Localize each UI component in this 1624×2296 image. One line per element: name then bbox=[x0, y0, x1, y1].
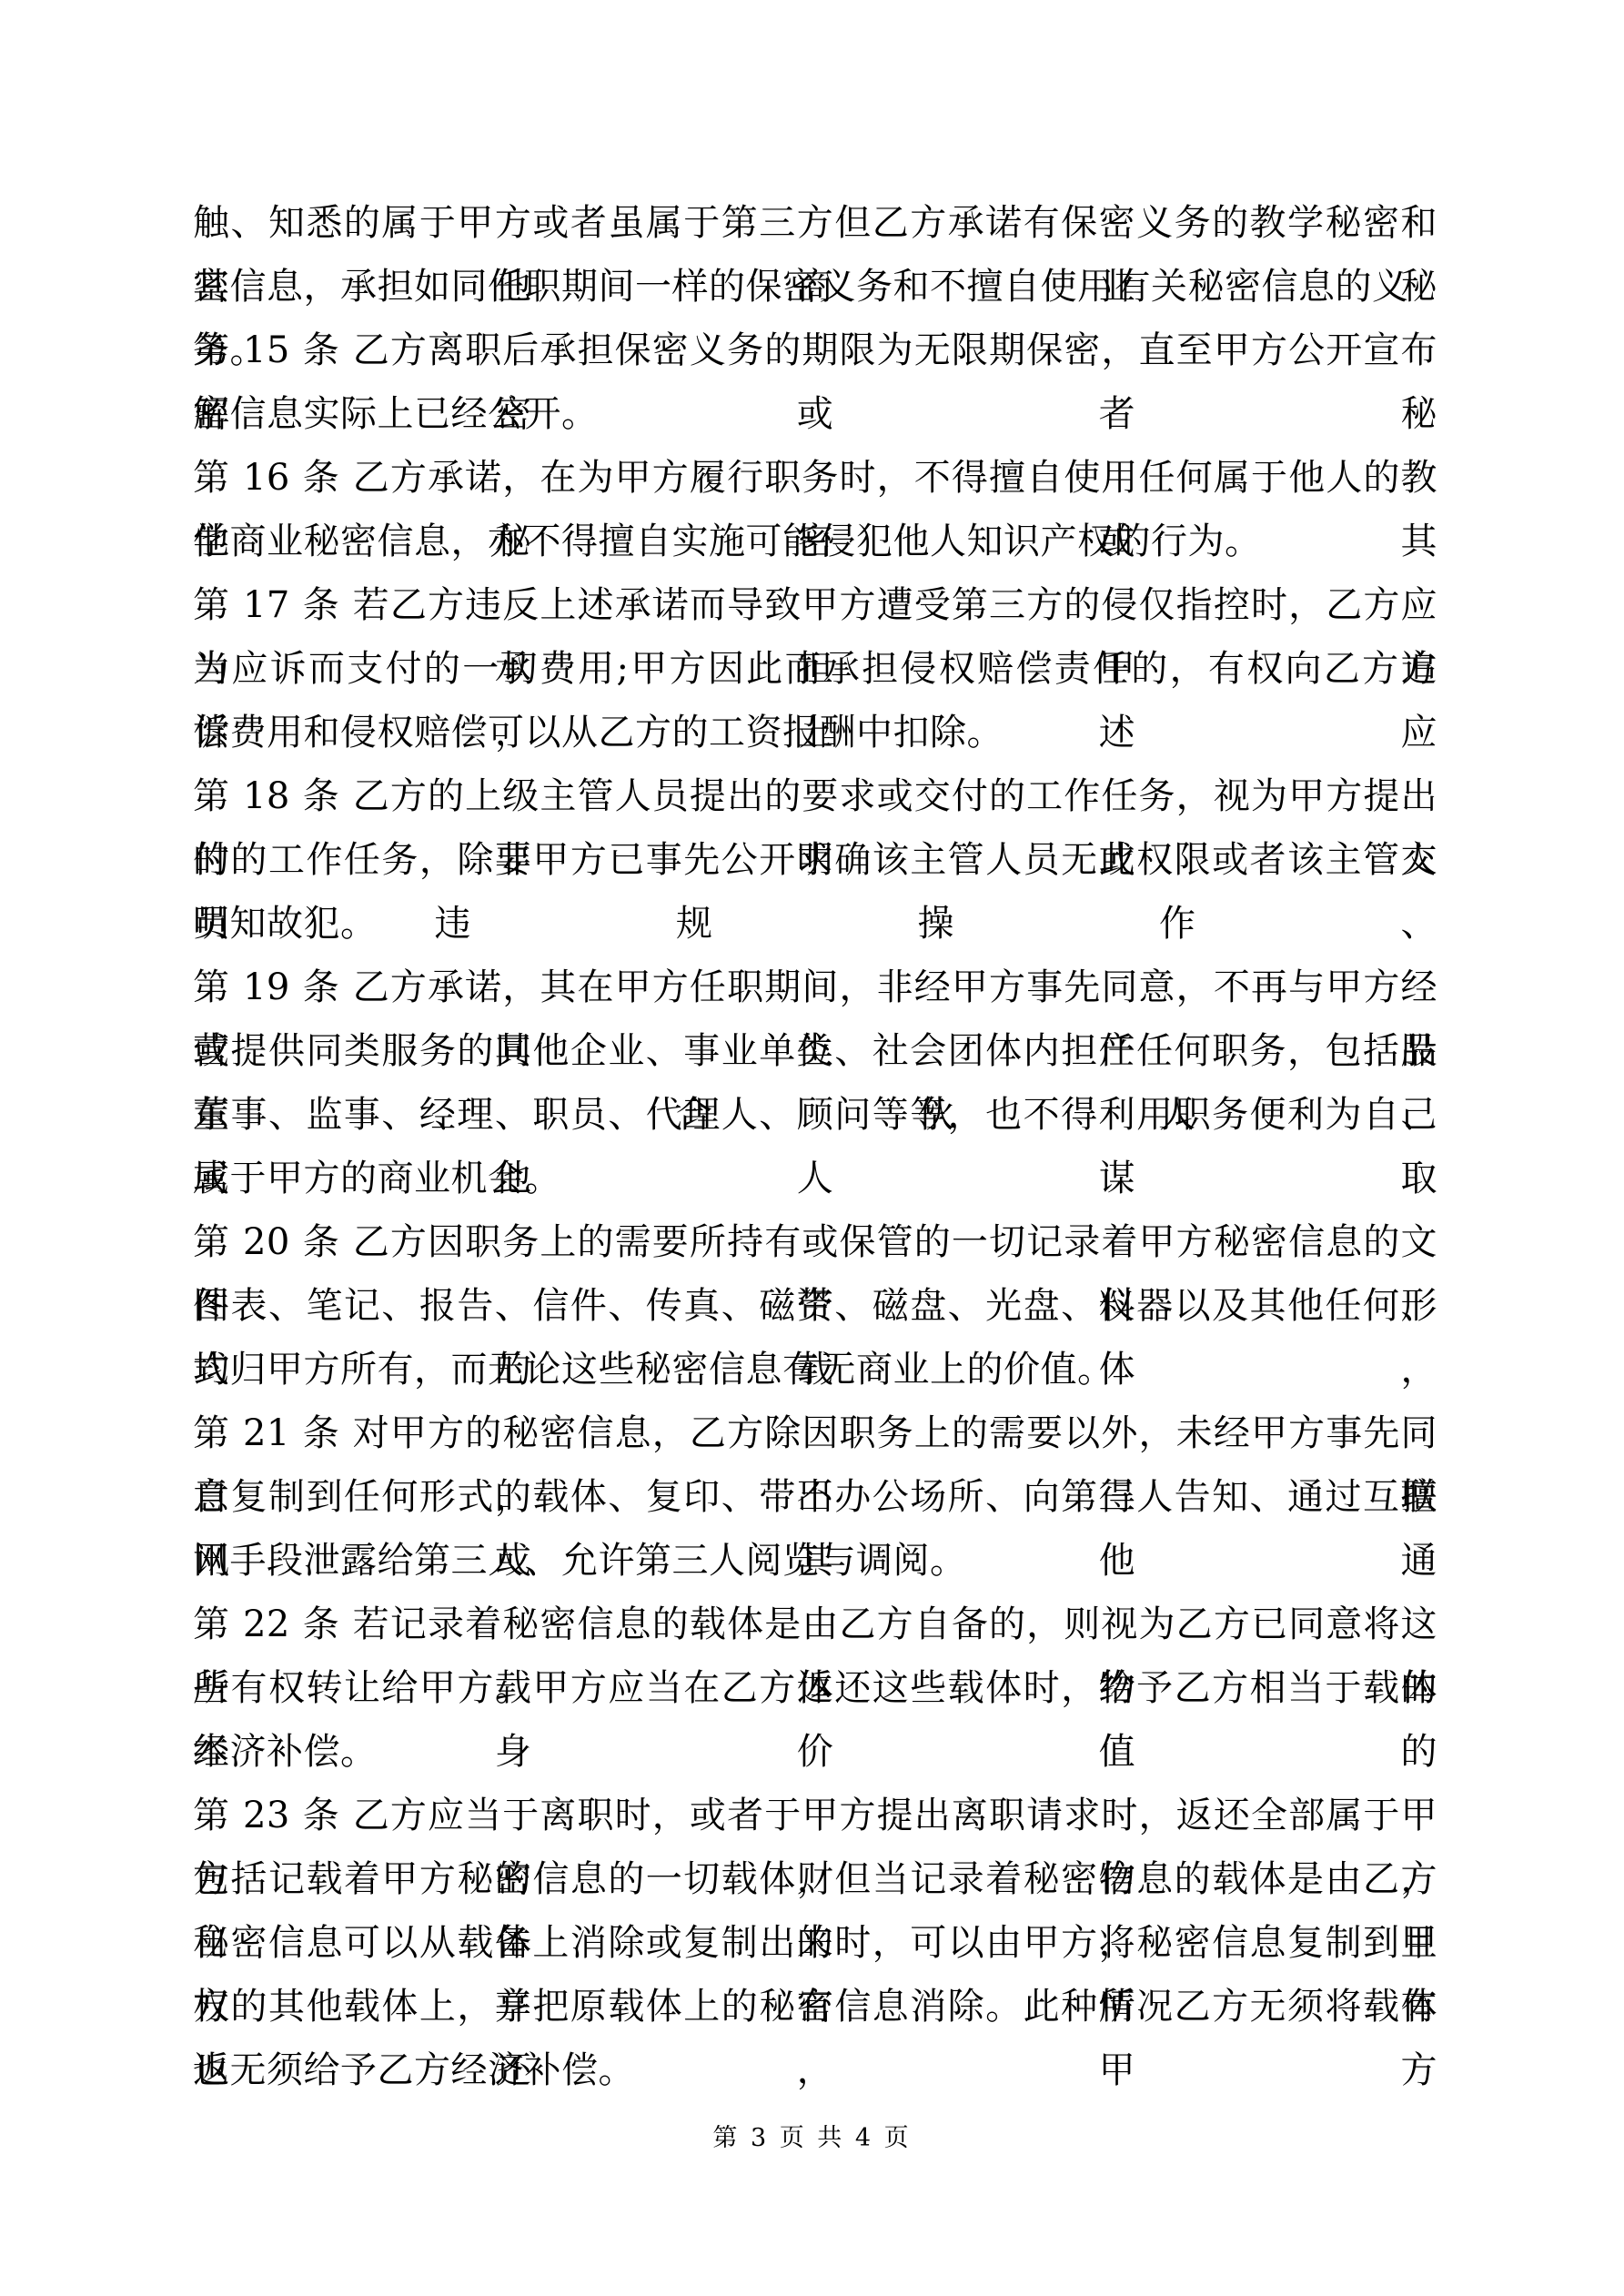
text-line: 或提供同类服务的其他企业、事业单位、社会团体内担任任何职务，包括股东、合伙人、 bbox=[193, 1019, 1437, 1083]
text-line: 第 20 条 乙方因职务上的需要所持有或保管的一切记录着甲方秘密信息的文件、资料… bbox=[193, 1210, 1437, 1274]
text-line: 第 16 条 乙方承诺，在为甲方履行职务时，不得擅自使用任何属于他人的教学秘密或… bbox=[193, 446, 1437, 510]
text-line: 第 17 条 若乙方违反上述承诺而导致甲方遭受第三方的侵仅指控时，乙方应当承担甲… bbox=[193, 573, 1437, 637]
text-line: 第 23 条 乙方应当于离职时，或者于甲方提出离职请求时，返还全部属于甲方的财物… bbox=[193, 1784, 1437, 1847]
document-body: 触、知悉的属于甲方或者虽属于第三方但乙方承诺有保密义务的教学秘密和其他商业秘 密… bbox=[193, 191, 1437, 2102]
text-line: 所有权转让给甲方。甲方应当在乙方返还这些载体时，给予乙方相当于载体本身价值的 bbox=[193, 1656, 1437, 1720]
text-line: 付的工作任务，除非甲方已事先公开明确该主管人员无此权限或者该主管人员违规操作、 bbox=[193, 828, 1437, 892]
text-line: 触、知悉的属于甲方或者虽属于第三方但乙方承诺有保密义务的教学秘密和其他商业秘 bbox=[193, 191, 1437, 255]
text-line: 他商业秘密信息，亦不得擅自实施可能侵犯他人知识产权的行为。 bbox=[193, 510, 1437, 573]
page-number: 第 3 页 共 4 页 bbox=[0, 2120, 1624, 2157]
text-line: 第 19 条 乙方承诺，其在甲方任职期间，非经甲方事先同意，不再与甲方经营同类产… bbox=[193, 956, 1437, 1019]
text-line: 第 18 条 乙方的上级主管人员提出的要求或交付的工作任务，视为甲方提出的要求或… bbox=[193, 764, 1437, 828]
text-line: 自复制到任何形式的载体、复印、带出办公场所、向第三人告知、通过互联网或其他通 bbox=[193, 1465, 1437, 1529]
text-line: 第 15 条 乙方离职后承担保密义务的期限为无限期保密，直至甲方公开宣布解密或者… bbox=[193, 319, 1437, 382]
text-line: 图表、笔记、报告、信件、传真、磁带、磁盘、光盘、仪器以及其他任何形式的载体， bbox=[193, 1274, 1437, 1338]
text-line: 董事、监事、经理、职员、代理人、顾问等等，也不得利用职务便利为自己或他人谋取 bbox=[193, 1083, 1437, 1147]
text-line: 秘密信息可以从载体上消除或复制出来时，可以由甲方将秘密信息复制到甲方享有所有 bbox=[193, 1911, 1437, 1975]
text-line: 权的其他载体上，并把原载体上的秘密信息消除。此种情况乙方无须将载体返还，甲方 bbox=[193, 1975, 1437, 2038]
text-line: 包括记载着甲方秘密信息的一切载体，但当记录着秘密信息的载体是由乙方自备的，且 bbox=[193, 1847, 1437, 1911]
text-line: 为应诉而支付的一切费用;甲方因此而承担侵权赔偿责任的，有权向乙方追偿，上述应 bbox=[193, 637, 1437, 701]
text-line: 第 22 条 若记录着秘密信息的载体是由乙方自备的，则视为乙方已同意将这些载体物… bbox=[193, 1593, 1437, 1656]
document-page: 触、知悉的属于甲方或者虽属于第三方但乙方承诺有保密义务的教学秘密和其他商业秘 密… bbox=[0, 0, 1624, 2296]
text-line: 第 21 条 对甲方的秘密信息，乙方除因职务上的需要以外，未经甲方事先同意，不得… bbox=[193, 1401, 1437, 1465]
text-line: 密信息，承担如同任职期间一样的保密义务和不擅自使用有关秘密信息的义务。 bbox=[193, 255, 1437, 319]
